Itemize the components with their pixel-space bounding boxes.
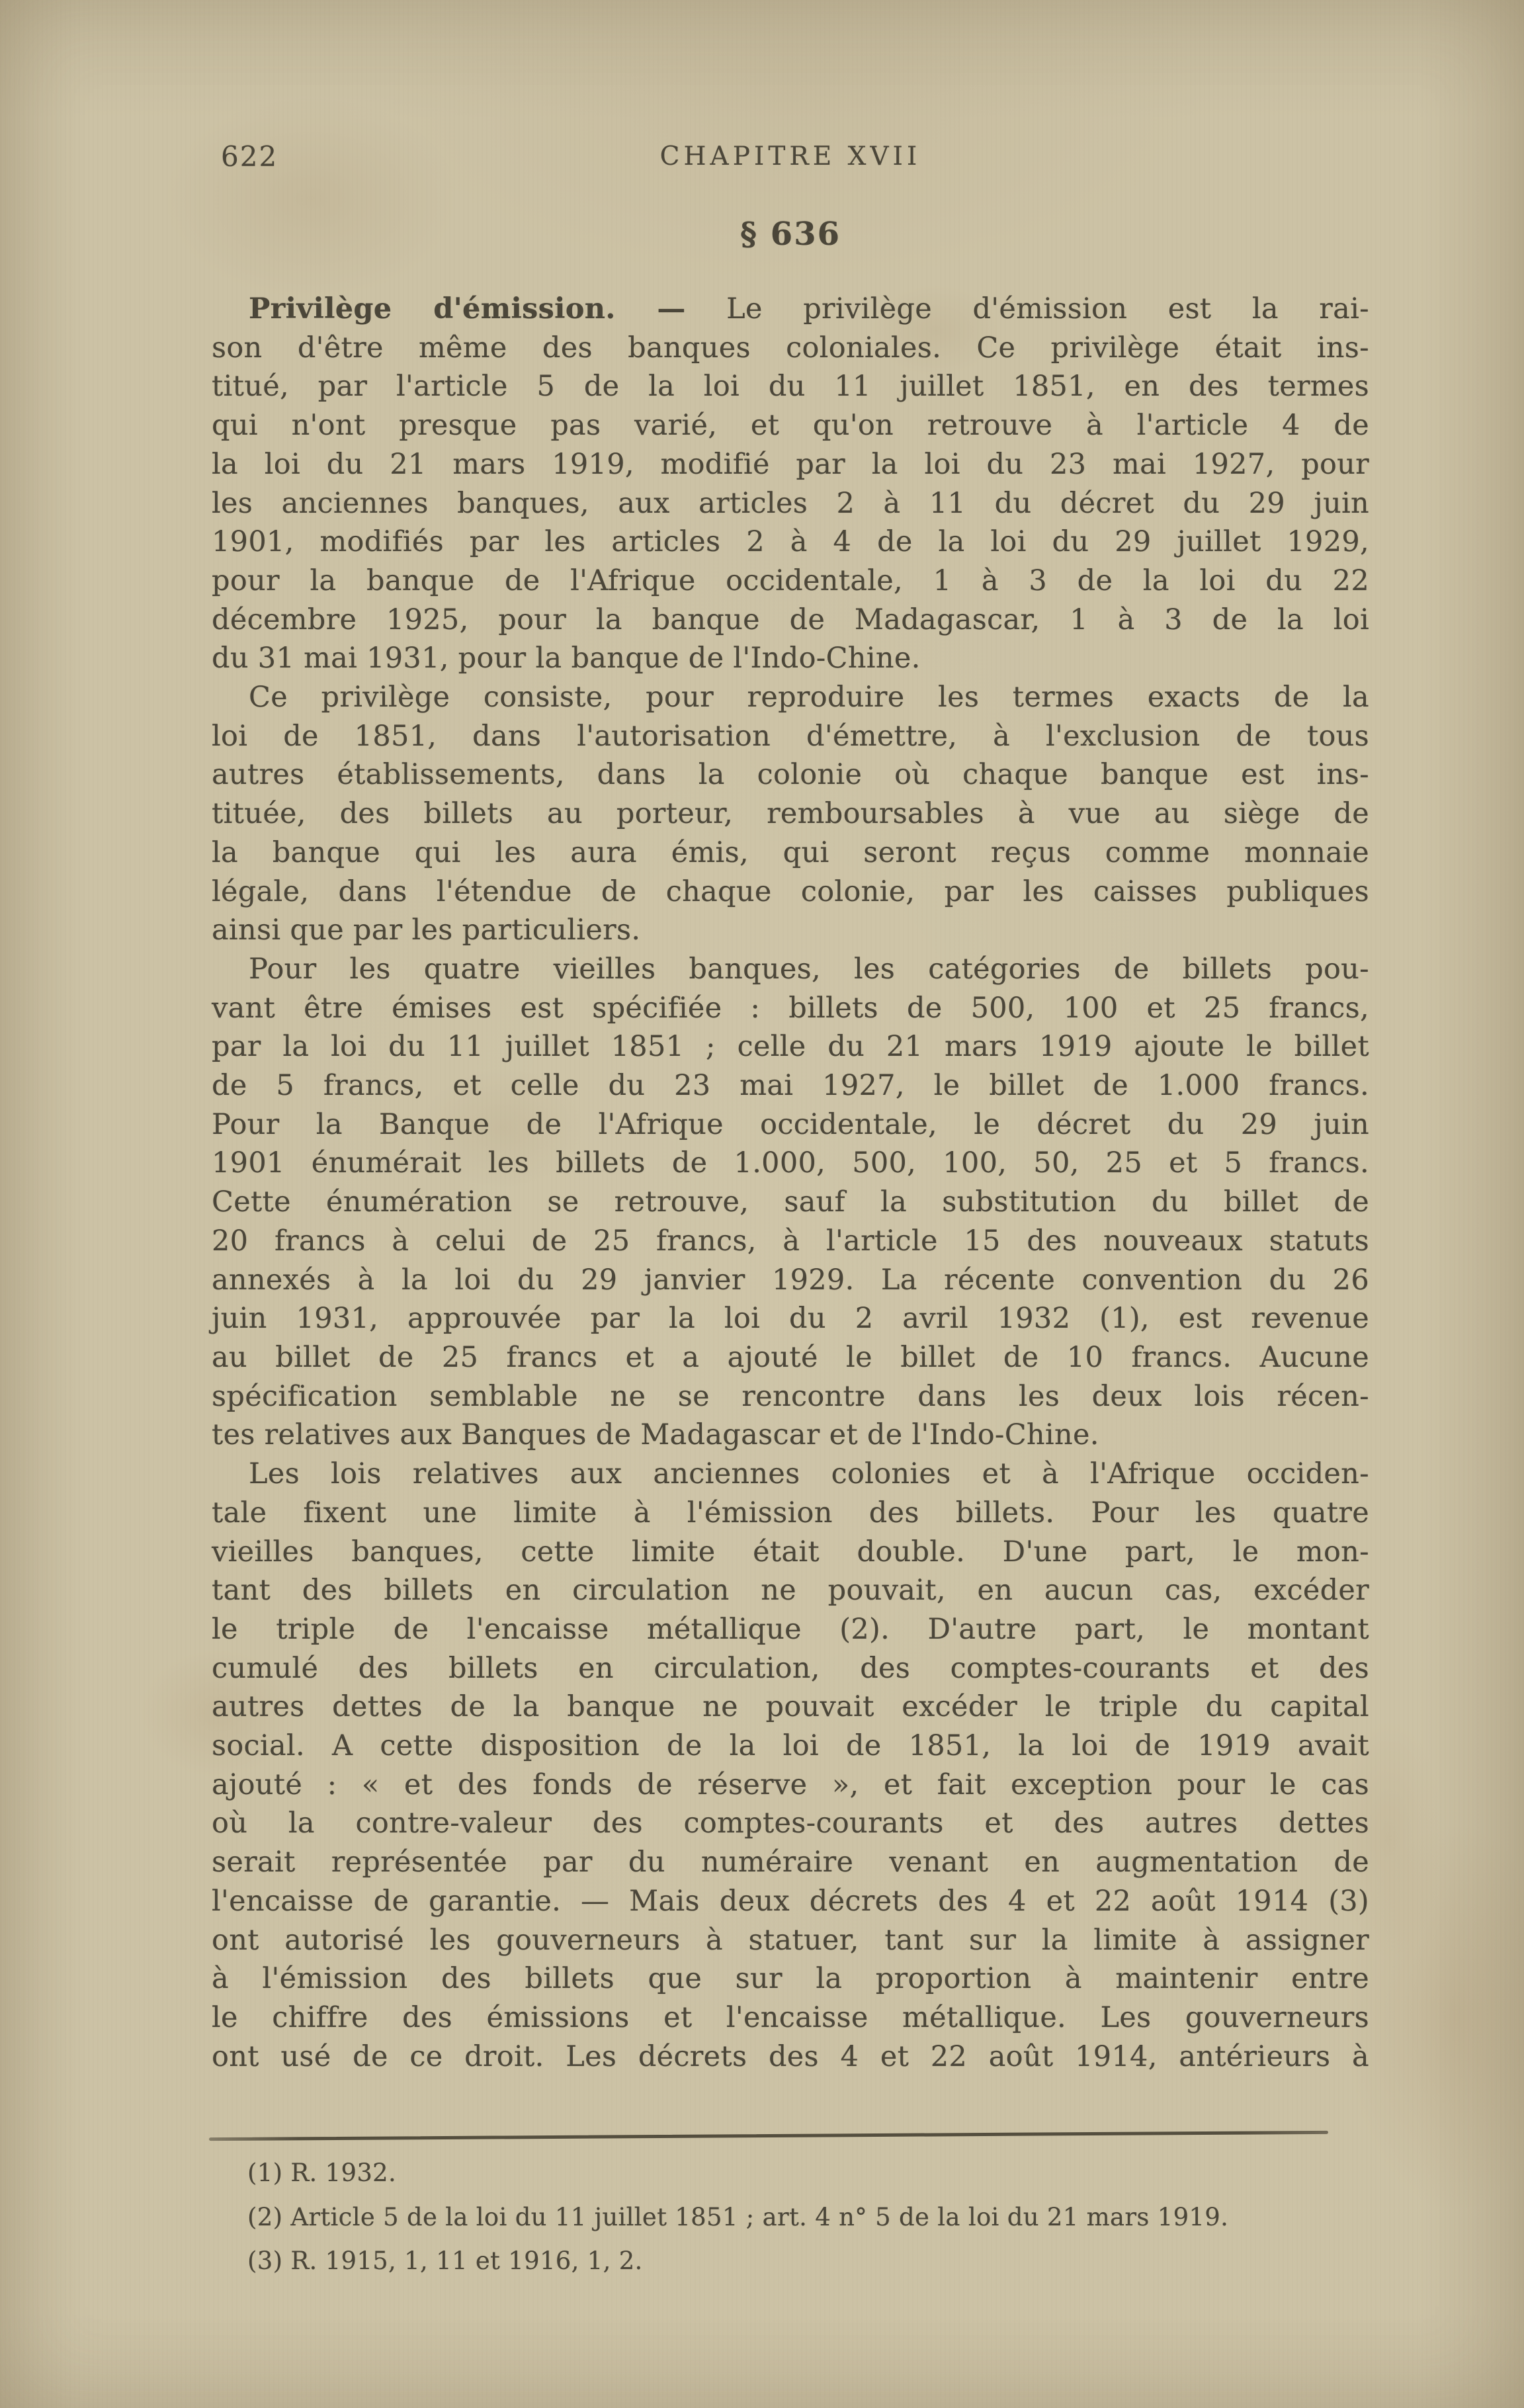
text-line: tituée, des billets au porteur, rembours…	[212, 795, 1369, 834]
footnote: (3) R. 1915, 1, 11 et 1916, 1, 2.	[212, 2239, 1376, 2284]
text-line: pour la banque de l'Afrique occidentale,…	[212, 562, 1369, 601]
text-line: tes relatives aux Banques de Madagascar …	[212, 1416, 1369, 1455]
body-text: Privilège d'émission. — Le privilège d'é…	[212, 290, 1369, 2076]
text-line: légale, dans l'étendue de chaque colonie…	[212, 873, 1369, 912]
text-line: juin 1931, approuvée par la loi du 2 avr…	[212, 1299, 1369, 1338]
running-head: 622 CHAPITRE XVII	[212, 140, 1369, 175]
text-line: par la loi du 11 juillet 1851 ; celle du…	[212, 1027, 1369, 1066]
text-line: de 5 francs, et celle du 23 mai 1927, le…	[212, 1066, 1369, 1105]
text-line: Les lois relatives aux anciennes colonie…	[212, 1455, 1369, 1494]
text-line: vieilles banques, cette limite était dou…	[212, 1533, 1369, 1572]
text-line: l'encaisse de garantie. — Mais deux décr…	[212, 1882, 1369, 1921]
text-line: le triple de l'encaisse métallique (2). …	[212, 1610, 1369, 1649]
text-line: ont usé de ce droit. Les décrets des 4 e…	[212, 2038, 1369, 2077]
text-line: loi de 1851, dans l'autorisation d'émett…	[212, 717, 1369, 756]
text-line: 1901, modifiés par les articles 2 à 4 de…	[212, 523, 1369, 562]
text-line: titué, par l'article 5 de la loi du 11 j…	[212, 367, 1369, 406]
text-line-rest: Le privilège d'émission est la rai-	[686, 292, 1369, 325]
text-line: du 31 mai 1931, pour la banque de l'Indo…	[212, 639, 1369, 678]
running-header-title: CHAPITRE XVII	[212, 142, 1369, 171]
footnote: (1) R. 1932.	[212, 2151, 1376, 2196]
text-line: les anciennes banques, aux articles 2 à …	[212, 484, 1369, 523]
text-line: autres établissements, dans la colonie o…	[212, 755, 1369, 795]
text-line: ont autorisé les gouverneurs à statuer, …	[212, 1921, 1369, 1960]
footnotes: (1) R. 1932. (2) Article 5 de la loi du …	[212, 2151, 1376, 2284]
text-line: Cette énumération se retrouve, sauf la s…	[212, 1183, 1369, 1222]
text-line: cumulé des billets en circulation, des c…	[212, 1649, 1369, 1688]
text-line: spécification semblable ne se rencontre …	[212, 1377, 1369, 1416]
text-line: 20 francs à celui de 25 francs, à l'arti…	[212, 1222, 1369, 1261]
text-line: Privilège d'émission. — Le privilège d'é…	[212, 290, 1369, 329]
text-line: tale fixent une limite à l'émission des …	[212, 1494, 1369, 1533]
footnote: (2) Article 5 de la loi du 11 juillet 18…	[212, 2196, 1376, 2240]
text-line: ajouté : « et des fonds de réserve », et…	[212, 1766, 1369, 1805]
text-line: la loi du 21 mars 1919, modifié par la l…	[212, 445, 1369, 484]
text-line: la banque qui les aura émis, qui seront …	[212, 834, 1369, 873]
text-line: Ce privilège consiste, pour reproduire l…	[212, 678, 1369, 717]
text-line: annexés à la loi du 29 janvier 1929. La …	[212, 1261, 1369, 1300]
text-line: Pour les quatre vieilles banques, les ca…	[212, 950, 1369, 989]
footnote-separator-rule	[209, 2131, 1328, 2141]
text-line: ainsi que par les particuliers.	[212, 911, 1369, 950]
text-line: serait représentée par du numéraire vena…	[212, 1843, 1369, 1882]
text-line: à l'émission des billets que sur la prop…	[212, 1959, 1369, 1999]
paragraph-lead: Privilège d'émission. —	[249, 292, 686, 325]
text-line: vant être émises est spécifiée : billets…	[212, 989, 1369, 1028]
section-heading: § 636	[212, 216, 1369, 253]
text-line: le chiffre des émissions et l'encaisse m…	[212, 1999, 1369, 2038]
text-line: qui n'ont presque pas varié, et qu'on re…	[212, 406, 1369, 445]
text-line: où la contre-valeur des comptes-courants…	[212, 1804, 1369, 1843]
text-line: son d'être même des banques coloniales. …	[212, 329, 1369, 368]
text-line: au billet de 25 francs et a ajouté le bi…	[212, 1338, 1369, 1377]
text-line: Pour la Banque de l'Afrique occidentale,…	[212, 1105, 1369, 1144]
text-line: 1901 énumérait les billets de 1.000, 500…	[212, 1144, 1369, 1183]
text-line: social. A cette disposition de la loi de…	[212, 1727, 1369, 1766]
text-line: autres dettes de la banque ne pouvait ex…	[212, 1688, 1369, 1727]
text-line: décembre 1925, pour la banque de Madagas…	[212, 601, 1369, 640]
text-line: tant des billets en circulation ne pouva…	[212, 1571, 1369, 1610]
book-page-scan: 622 CHAPITRE XVII § 636 Privilège d'émis…	[0, 0, 1524, 2408]
